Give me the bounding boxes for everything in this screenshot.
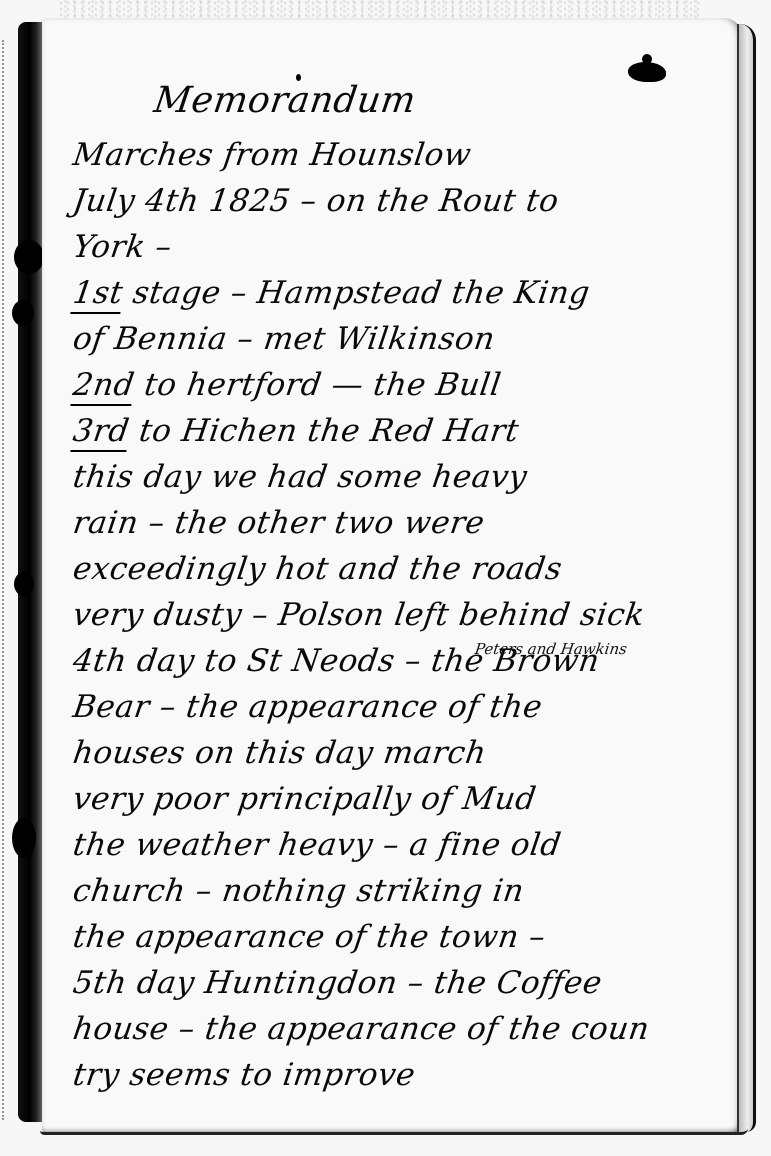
manuscript-line: 3rd to Hichen the Red Hart <box>70 408 736 454</box>
manuscript-line: 4th day to St Neods – the Brown <box>70 638 736 684</box>
scan-noise <box>60 0 700 18</box>
manuscript-line: 1st stage – Hampstead the King <box>70 270 736 316</box>
manuscript-line: York – <box>70 224 736 270</box>
manuscript-line: try seems to improve <box>70 1052 736 1098</box>
manuscript-line: very poor principally of Mud <box>70 776 736 822</box>
manuscript-line: July 4th 1825 – on the Rout to <box>70 178 736 224</box>
manuscript-line: this day we had some heavy <box>70 454 736 500</box>
manuscript-line: 5th day Huntingdon – the Coffee <box>70 960 736 1006</box>
page-edge-right <box>737 24 756 1132</box>
binding-stitch-icon <box>12 818 36 858</box>
manuscript-title: Memorandum <box>70 70 739 132</box>
manuscript-line: house – the appearance of the coun <box>70 1006 736 1052</box>
manuscript-line: the weather heavy – a fine old <box>70 822 736 868</box>
manuscript-line: exceedingly hot and the roads <box>70 546 736 592</box>
stage-number: 3rd <box>70 413 131 452</box>
manuscript-line: rain – the other two were <box>70 500 736 546</box>
binding-stitch-icon <box>14 240 44 274</box>
interlinear-note: Peters and Hawkins <box>474 640 628 658</box>
manuscript-line: Bear – the appearance of the <box>70 684 736 730</box>
stage-number: 1st <box>70 275 125 314</box>
manuscript-line: the appearance of the town – <box>70 914 736 960</box>
manuscript-line: Marches from Hounslow <box>70 132 736 178</box>
manuscript-line: church – nothing striking in <box>70 868 736 914</box>
binding-stitch-icon <box>14 572 34 596</box>
manuscript-line: 2nd to hertford — the Bull <box>70 362 736 408</box>
binding-stitch-icon <box>12 300 34 326</box>
stage-number: 2nd <box>70 367 137 406</box>
manuscript-line: very dusty – Polson left behind sick <box>70 592 736 638</box>
manuscript-line: houses on this day march <box>70 730 736 776</box>
manuscript-text: Memorandum Marches from Hounslow July 4t… <box>70 70 730 1098</box>
page-edge-bottom <box>40 1128 748 1135</box>
left-page-edge-scraps <box>2 40 12 1120</box>
manuscript-line: of Bennia – met Wilkinson <box>70 316 736 362</box>
